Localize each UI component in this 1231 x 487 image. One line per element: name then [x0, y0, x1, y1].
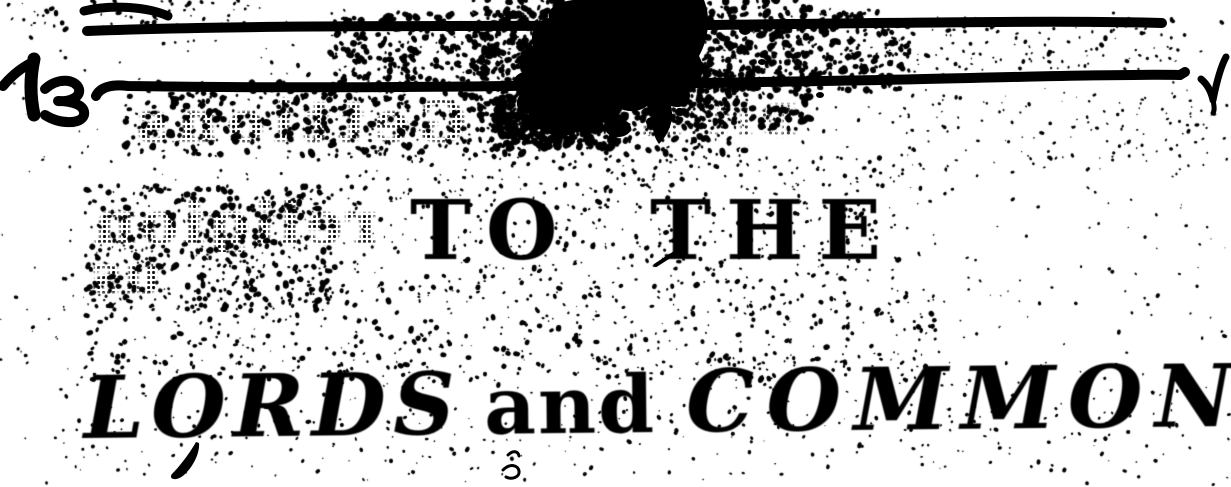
stray-slash-mark	[656, 247, 684, 265]
small-scribble-mark	[503, 452, 519, 478]
handwritten-checkmark-icon	[1201, 57, 1226, 113]
top-edge-rule-stub	[84, 7, 168, 16]
swash-tail	[171, 442, 199, 479]
ink-marks-layer	[0, 0, 1231, 487]
scanned-page: Gettions Dit It religion us TO THE LORDS…	[0, 0, 1231, 487]
handwritten-page-number	[3, 59, 84, 122]
